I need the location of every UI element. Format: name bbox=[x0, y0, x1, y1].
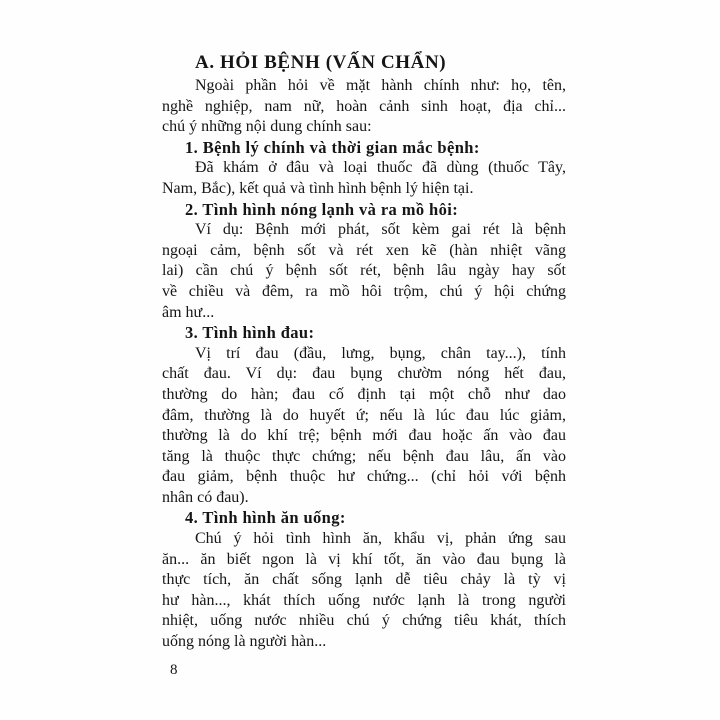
section-heading-4: 4. Tình hình ăn uống: bbox=[162, 508, 566, 529]
book-page: A. HỎI BỆNH (VẤN CHẨN) Ngoài phần hỏi về… bbox=[0, 0, 720, 720]
text-line: về chiều và đêm, ra mồ hôi trộm, chú ý h… bbox=[162, 282, 566, 303]
text-line: nghề nghiệp, nam nữ, hoàn cảnh sinh hoạt… bbox=[162, 97, 566, 118]
text-line: âm hư... bbox=[162, 303, 566, 324]
text-line: ăn... ăn biết ngon là vị khí tốt, ăn vào… bbox=[162, 550, 566, 571]
section-heading-1: 1. Bệnh lý chính và thời gian mắc bệnh: bbox=[162, 138, 566, 159]
text-line: đâm, thường là do huyết ứ; nếu là lúc đa… bbox=[162, 406, 566, 427]
page-title: A. HỎI BỆNH (VẤN CHẨN) bbox=[162, 49, 566, 76]
text-line: chất đau. Ví dụ: đau bụng chườm nóng hết… bbox=[162, 364, 566, 385]
text-line: Vị trí đau (đầu, lưng, bụng, chân tay...… bbox=[162, 344, 566, 365]
text-line: Nam, Bắc), kết quả và tình hình bệnh lý … bbox=[162, 179, 566, 200]
page-number: 8 bbox=[170, 660, 178, 680]
text-line: Chú ý hỏi tình hình ăn, khẩu vị, phản ứn… bbox=[162, 529, 566, 550]
section-heading-2: 2. Tình hình nóng lạnh và ra mồ hôi: bbox=[162, 200, 566, 221]
text-line: lai) cần chú ý bệnh sốt rét, bệnh lâu ng… bbox=[162, 261, 566, 282]
section-heading-3: 3. Tình hình đau: bbox=[162, 323, 566, 344]
text-line: tăng là thuộc thực chứng; nếu bệnh đau l… bbox=[162, 447, 566, 468]
text-line: Ngoài phần hỏi về mặt hành chính như: họ… bbox=[162, 76, 566, 97]
text-line: thường do hàn; đau cố định tại một chỗ n… bbox=[162, 385, 566, 406]
text-line: ngoại cảm, bệnh sốt và rét xen kẽ (hàn n… bbox=[162, 241, 566, 262]
text-column: A. HỎI BỆNH (VẤN CHẨN) Ngoài phần hỏi về… bbox=[162, 49, 566, 653]
text-line: đau giảm, bệnh thuộc hư chứng... (chỉ hỏ… bbox=[162, 467, 566, 488]
paragraph: Ngoài phần hỏi về mặt hành chính như: họ… bbox=[162, 76, 566, 138]
text-line: hư hàn..., khát thích uống nước lạnh là … bbox=[162, 591, 566, 612]
text-line: uống nóng là người hàn... bbox=[162, 632, 566, 653]
text-line: Đã khám ở đâu và loại thuốc đã dùng (thu… bbox=[162, 158, 566, 179]
text-line: nhiệt, uống nước nhiều chú ý chứng tiêu … bbox=[162, 611, 566, 632]
text-line: thường là do khí trệ; bệnh mới đau hoặc … bbox=[162, 426, 566, 447]
paragraph: Chú ý hỏi tình hình ăn, khẩu vị, phản ứn… bbox=[162, 529, 566, 653]
text-line: nhân có đau). bbox=[162, 488, 566, 509]
paragraph: Đã khám ở đâu và loại thuốc đã dùng (thu… bbox=[162, 158, 566, 199]
text-line: Ví dụ: Bệnh mới phát, sốt kèm gai rét là… bbox=[162, 220, 566, 241]
text-line: chú ý những nội dung chính sau: bbox=[162, 117, 566, 138]
paragraph: Vị trí đau (đầu, lưng, bụng, chân tay...… bbox=[162, 344, 566, 509]
paragraph: Ví dụ: Bệnh mới phát, sốt kèm gai rét là… bbox=[162, 220, 566, 323]
text-line: thực tích, ăn chất sống lạnh dễ tiêu chả… bbox=[162, 570, 566, 591]
